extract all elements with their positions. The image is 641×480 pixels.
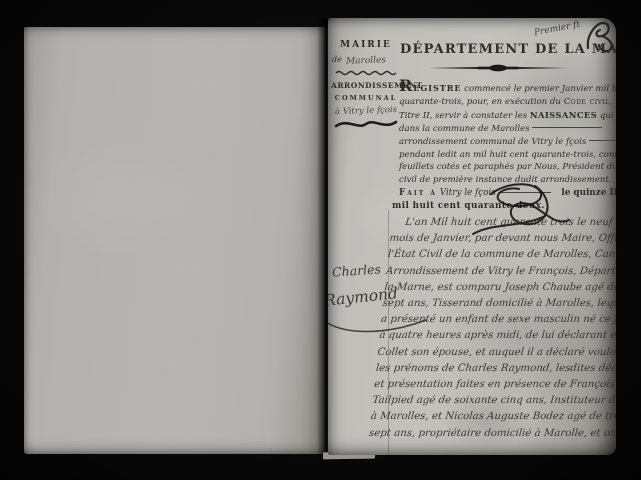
act-line: a présenté un enfant de sexe masculin né… [380, 312, 608, 328]
page-title: DÉPARTEMENT DE LA MARNE. [400, 42, 604, 57]
scanned-register-page: Premier ft MAIRIE de Marolles ARRONDISSE… [0, 0, 641, 480]
folio-annotation: Premier ft [533, 20, 581, 39]
register-line: Titre II, servir à constater les NAISSAN… [399, 109, 615, 123]
dropcap-R: R [399, 76, 413, 95]
act-line: Arrondissement de Vitry le François, Dép… [385, 264, 613, 280]
wavy-divider [335, 69, 397, 76]
handwritten-place-fill: Vitry le fçois [531, 137, 586, 147]
mairie-label: MAIRIE [331, 40, 401, 50]
fait-label: Fait à [399, 188, 437, 198]
register-right-page: Premier ft MAIRIE de Marolles ARRONDISSE… [328, 18, 616, 455]
birth-act-text: L'an Mil huit cent quarante trois le neu… [368, 215, 616, 442]
register-line: quarante-trois, pour, en exécution du Co… [399, 96, 615, 109]
handwritten-commune: Marolles [331, 55, 401, 67]
register-intro-paragraph: REGISTRE commencé le premier Janvier mil… [399, 80, 615, 187]
margin-name-charles: Charles [332, 261, 382, 279]
flourish-swash [334, 118, 398, 130]
blank-left-page [24, 27, 328, 454]
ornament-rule [426, 62, 570, 74]
act-line: les prénoms de Charles Raymond, lesdites… [375, 361, 603, 377]
act-line: L'an Mil huit cent quarante trois le neu… [390, 215, 616, 231]
act-line: à Marolles, et Nicolas Auguste Bodez agé… [370, 409, 598, 425]
act-line: l'État Civil de la commune de Marolles, … [387, 247, 615, 263]
act-line: la Marne, est comparu Joseph Chaube agé … [383, 280, 611, 296]
act-line: Collet son épouse, et auquel il a déclar… [377, 345, 605, 361]
handwritten-commune-fill: Marolles [491, 124, 529, 134]
blank-fill-rule [589, 140, 616, 142]
act-line: Tailpied agé de soixante cinq ans, Insti… [372, 393, 600, 409]
arrondissement-label: ARRONDISSEMENT [331, 81, 401, 90]
register-line: dans la commune de Marolles [399, 123, 615, 136]
register-line: REGISTRE commencé le premier Janvier mil… [399, 80, 615, 96]
handwritten-arrondissement-place: à Vitry le fçois [331, 105, 401, 117]
act-line: et présentation faites en présence de Fr… [373, 377, 601, 393]
register-line: pendant ledit an mil huit cent quarante-… [399, 149, 615, 162]
register-line: arrondissement communal de Vitry le fçoi… [399, 136, 615, 149]
communal-label: COMMUNAL [331, 94, 401, 102]
blank-fill-rule [532, 127, 602, 129]
act-line: à quatre heures après midi, de lui décla… [378, 328, 606, 344]
act-line: sept ans, propriétaire domicilié à Marol… [368, 426, 596, 442]
register-line: feuillets cotés et paraphés par Nous, Pr… [399, 161, 615, 174]
mairie-block: MAIRIE de Marolles ARRONDISSEMENT COMMUN… [331, 40, 401, 130]
act-line: sept ans, Tisserand domicilié à Marolles… [382, 296, 610, 312]
act-line: mois de Janvier, par devant nous Maire, … [389, 231, 616, 247]
